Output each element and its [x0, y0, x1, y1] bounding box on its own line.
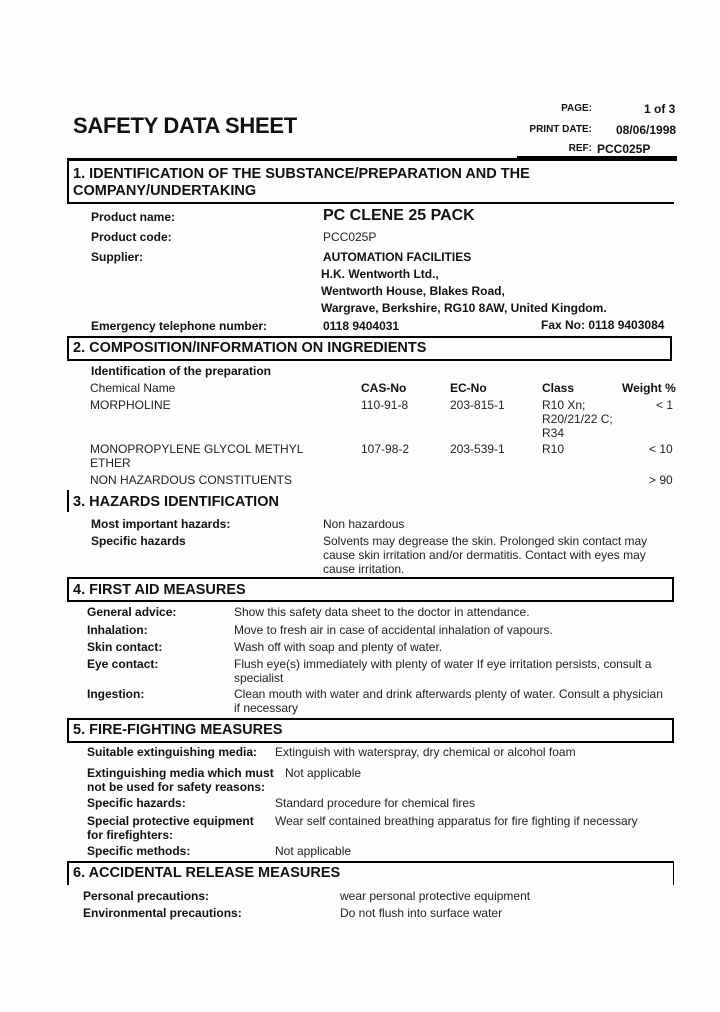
- supplier-line-4: Wargrave, Berkshire, RG10 8AW, United Ki…: [321, 301, 607, 315]
- fire-fighting-label: Suitable extinguishing media:: [87, 745, 257, 759]
- class: R10: [542, 442, 564, 456]
- section2-subheading: Identification of the preparation: [91, 364, 271, 378]
- cas-no: 110-91-8: [361, 398, 408, 412]
- first-aid-label: General advice:: [87, 605, 176, 619]
- section1-bottom-border: [67, 202, 674, 204]
- supplier-line-2: H.K. Wentworth Ltd.,: [321, 267, 439, 281]
- fire-fighting-value: Standard procedure for chemical fires: [275, 796, 475, 810]
- accidental-release-label: Personal precautions:: [83, 889, 209, 903]
- fire-fighting-value: Not applicable: [275, 844, 351, 858]
- fire-fighting-value: Not applicable: [285, 766, 361, 780]
- emergency-phone: 0118 9404031: [323, 319, 399, 333]
- first-aid-value: Wash off with soap and plenty of water.: [234, 640, 442, 654]
- class: R10 Xn; R20/21/22 C; R34: [542, 398, 622, 440]
- section1-left-border: [67, 160, 69, 203]
- specific-hazards-label: Specific hazards: [91, 534, 186, 548]
- col-ec-no: EC-No: [450, 381, 487, 395]
- section1-top-rule: [67, 158, 677, 161]
- weight: > 90: [649, 473, 673, 487]
- section1-heading-line1: 1. IDENTIFICATION OF THE SUBSTANCE/PREPA…: [73, 166, 530, 183]
- section6-heading: 6. ACCIDENTAL RELEASE MEASURES: [73, 865, 340, 882]
- page-value: 1 of 3: [644, 102, 675, 116]
- col-weight: Weight %: [622, 381, 676, 395]
- product-code: PCC025P: [323, 230, 376, 244]
- fire-fighting-label: Specific hazards:: [87, 796, 186, 810]
- print-date-value: 08/06/1998: [616, 123, 676, 137]
- section3-heading: 3. HAZARDS IDENTIFICATION: [73, 494, 279, 511]
- section3-left-border: [67, 490, 69, 512]
- first-aid-label: Ingestion:: [87, 687, 144, 701]
- accidental-release-value: wear personal protective equipment: [340, 889, 530, 903]
- first-aid-value: Show this safety data sheet to the docto…: [234, 605, 530, 619]
- fire-fighting-value: Extinguish with waterspray, dry chemical…: [275, 745, 576, 759]
- supplier-line-1: AUTOMATION FACILITIES: [323, 250, 471, 264]
- chemical-name: MORPHOLINE: [90, 398, 171, 412]
- accidental-release-value: Do not flush into surface water: [340, 906, 502, 920]
- cas-no: 107-98-2: [361, 442, 409, 456]
- section1-heading: 1. IDENTIFICATION OF THE SUBSTANCE/PREPA…: [73, 166, 530, 200]
- fire-fighting-label: Special protective equipment for firefig…: [87, 814, 262, 842]
- specific-hazards-value: Solvents may degrease the skin. Prolonge…: [323, 534, 663, 576]
- fire-fighting-label: Specific methods:: [87, 844, 190, 858]
- section4-heading: 4. FIRST AID MEASURES: [73, 582, 246, 599]
- supplier-line-3: Wentworth House, Blakes Road,: [321, 284, 505, 298]
- fax-number: Fax No: 0118 9403084: [541, 318, 664, 332]
- section5-heading: 5. FIRE-FIGHTING MEASURES: [73, 722, 282, 739]
- first-aid-value: Move to fresh air in case of accidental …: [234, 623, 553, 637]
- product-name: PC CLENE 25 PACK: [323, 207, 475, 225]
- col-class: Class: [542, 381, 574, 395]
- col-cas-no: CAS-No: [361, 381, 406, 395]
- first-aid-value: Clean mouth with water and drink afterwa…: [234, 687, 664, 715]
- supplier-label: Supplier:: [91, 250, 143, 264]
- section6-top-border: [67, 861, 674, 863]
- first-aid-label: Eye contact:: [87, 657, 158, 671]
- section1-heading-line2: COMPANY/UNDERTAKING: [73, 183, 530, 200]
- page-label: PAGE:: [540, 103, 592, 114]
- print-date-label: PRINT DATE:: [528, 124, 592, 135]
- first-aid-value: Flush eye(s) immediately with plenty of …: [234, 657, 664, 685]
- fire-fighting-value: Wear self contained breathing apparatus …: [275, 814, 638, 828]
- product-code-label: Product code:: [91, 230, 172, 244]
- ec-no: 203-815-1: [450, 398, 505, 412]
- ref-value: PCC025P: [597, 142, 650, 156]
- section6-left-border: [67, 861, 69, 885]
- chemical-name: NON HAZARDOUS CONSTITUENTS: [90, 473, 292, 487]
- chemical-name: MONOPROPYLENE GLYCOL METHYL ETHER: [90, 442, 330, 470]
- first-aid-label: Inhalation:: [87, 623, 148, 637]
- first-aid-label: Skin contact:: [87, 640, 162, 654]
- most-important-hazards-value: Non hazardous: [323, 517, 404, 531]
- emergency-label: Emergency telephone number:: [91, 319, 267, 333]
- weight: < 1: [656, 398, 673, 412]
- col-chemical-name: Chemical Name: [90, 381, 175, 395]
- ec-no: 203-539-1: [450, 442, 505, 456]
- accidental-release-label: Environmental precautions:: [83, 906, 242, 920]
- section2-heading: 2. COMPOSITION/INFORMATION ON INGREDIENT…: [73, 340, 426, 357]
- weight: < 10: [649, 442, 673, 456]
- fire-fighting-label: Extinguishing media which must not be us…: [87, 766, 277, 794]
- most-important-hazards-label: Most important hazards:: [91, 517, 230, 531]
- ref-label: REF:: [560, 143, 592, 154]
- product-name-label: Product name:: [91, 210, 175, 224]
- section6-right-border: [673, 861, 675, 885]
- document-title: SAFETY DATA SHEET: [73, 113, 297, 139]
